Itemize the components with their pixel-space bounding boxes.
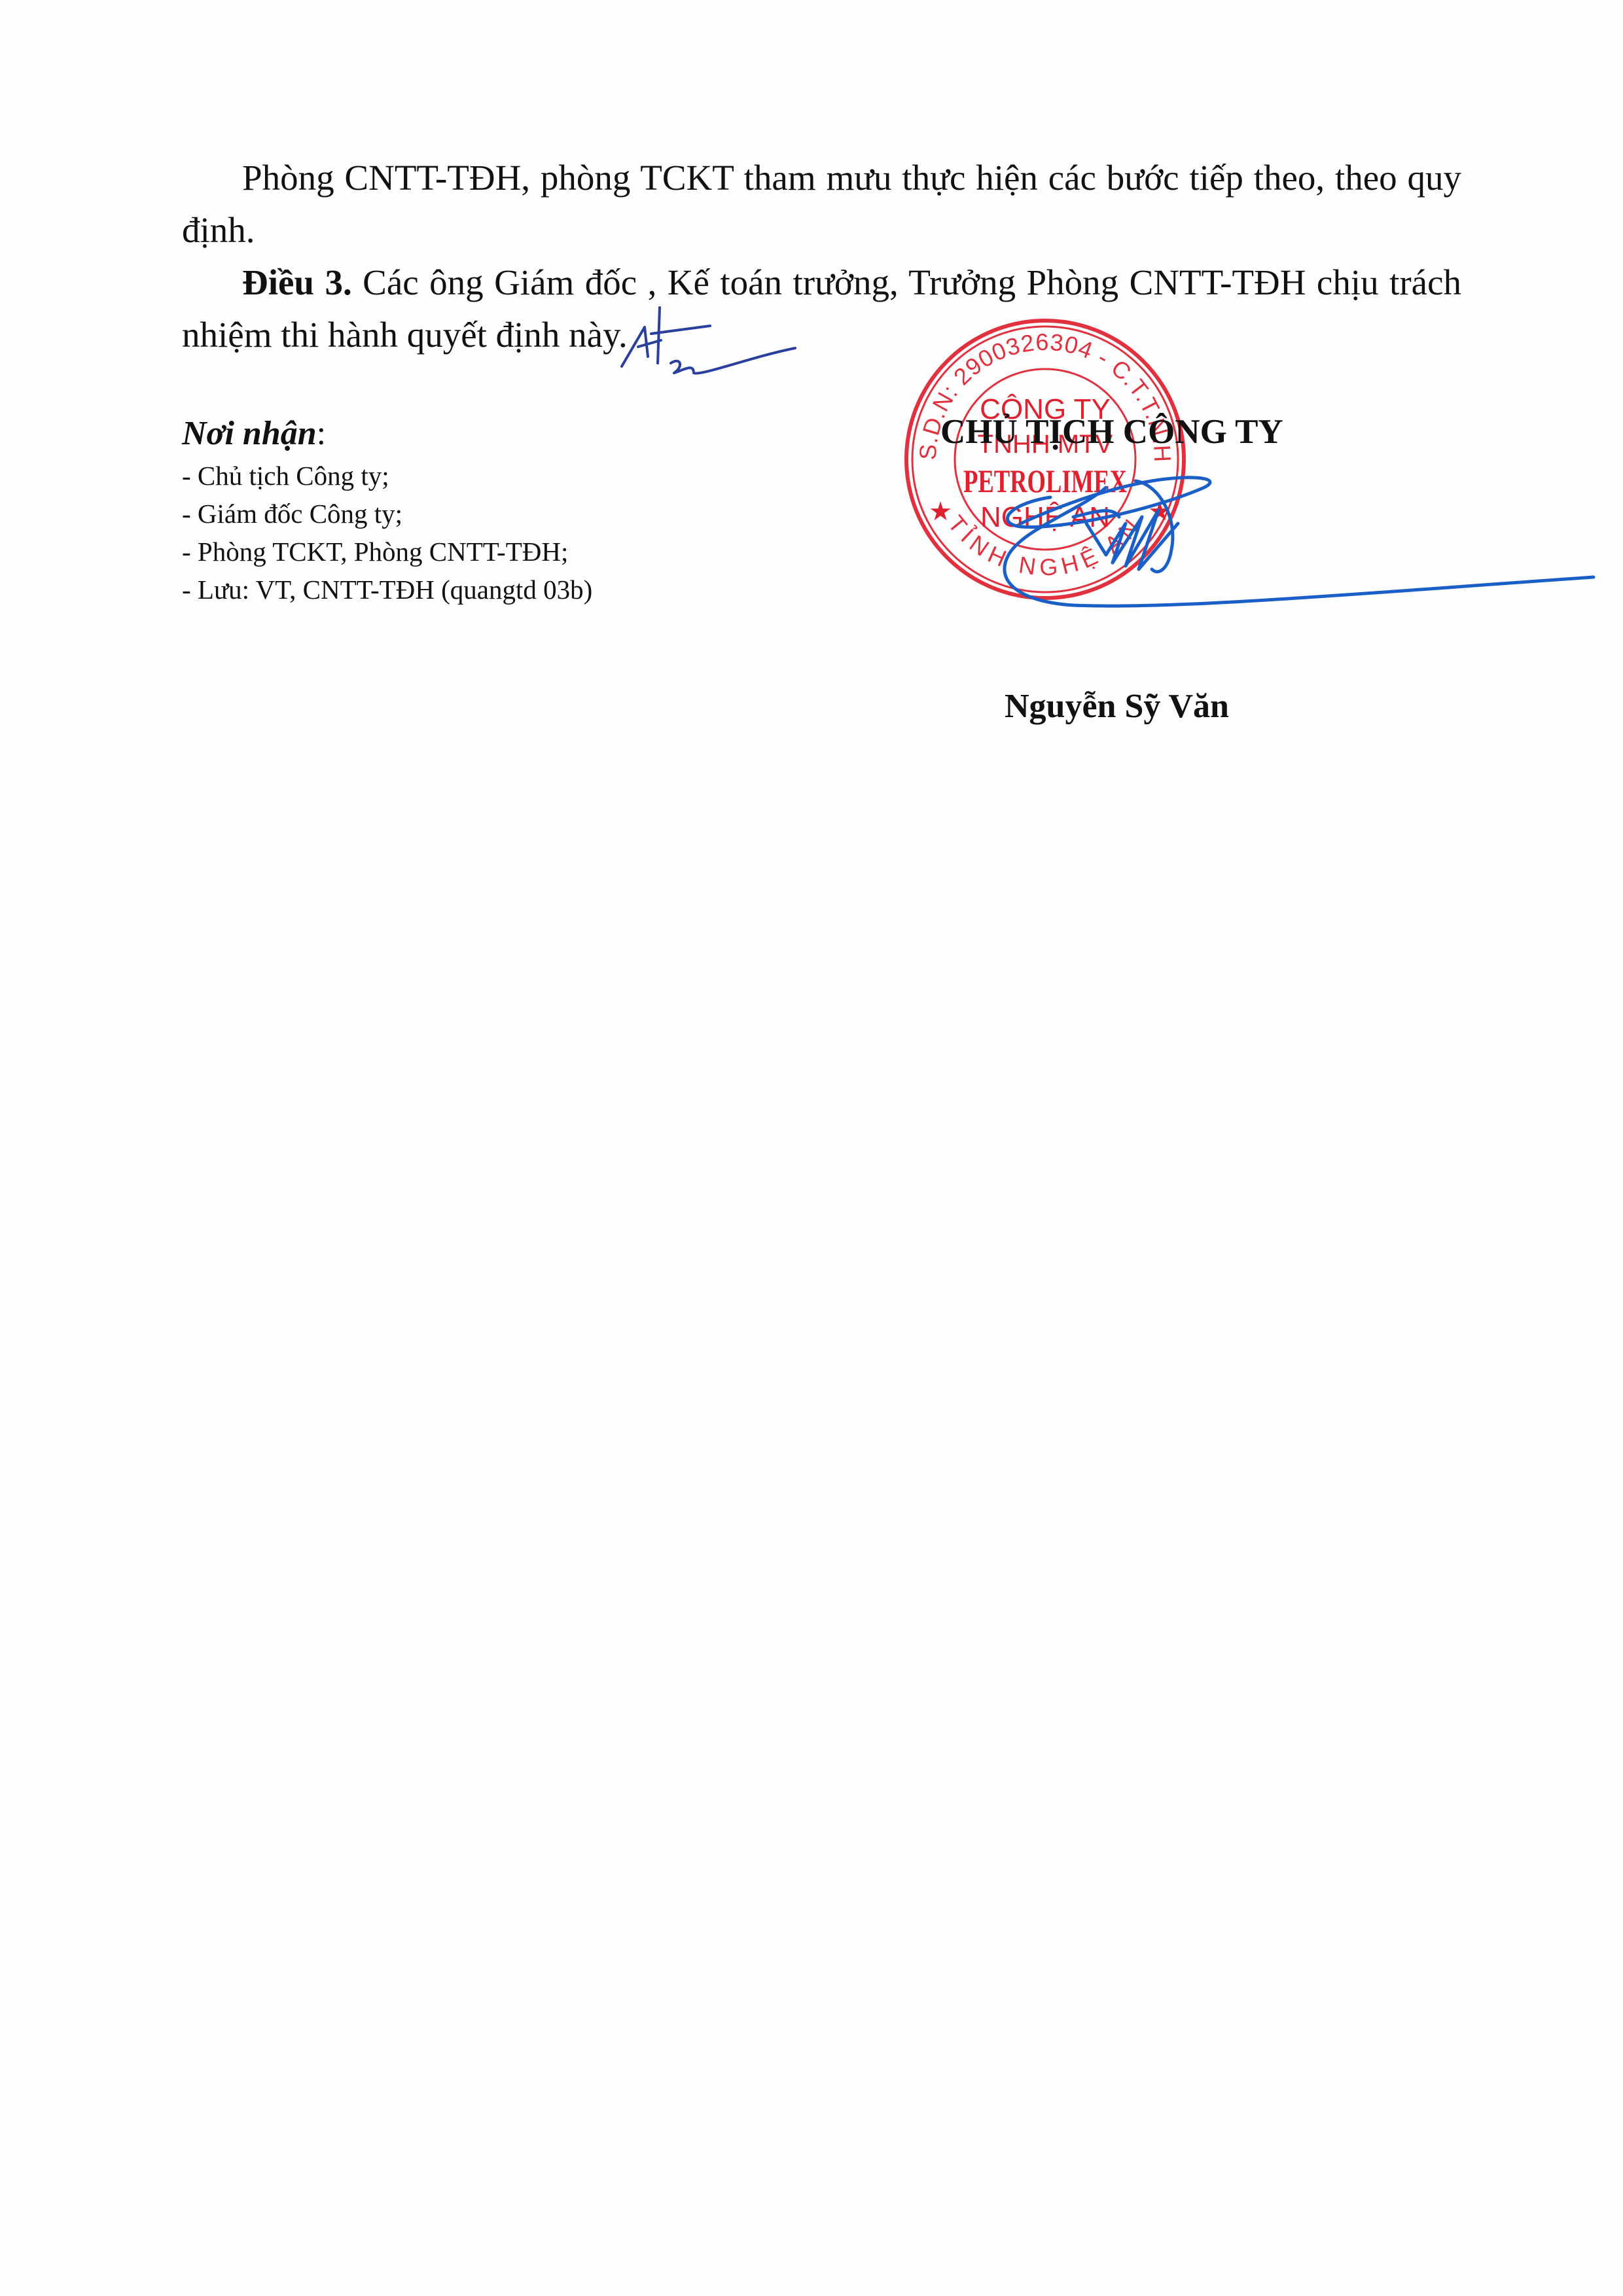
recipients-block: Nơi nhận: - Chủ tịch Công ty; - Giám đốc… [182, 411, 592, 609]
signer-name: Nguyễn Sỹ Văn [1005, 680, 1229, 733]
recipients-colon: : [317, 415, 326, 452]
star-icon: ★ [1148, 497, 1171, 527]
star-icon: ★ [929, 497, 952, 527]
document-page: Phòng CNTT-TĐH, phòng TCKT tham mưu thực… [0, 0, 1623, 2296]
paragraph-continuation: Phòng CNTT-TĐH, phòng TCKT tham mưu thực… [182, 152, 1461, 256]
article-3-text: Các ông Giám đốc , Kế toán trưởng, Trưởn… [182, 262, 1461, 355]
recipient-item: - Giám đốc Công ty; [182, 495, 592, 533]
article-3-paragraph: Điều 3. Các ông Giám đốc , Kế toán trưởn… [182, 256, 1461, 361]
recipient-item: - Lưu: VT, CNTT-TĐH (quangtd 03b) [182, 571, 592, 609]
stamp-line-4: NGHỆ AN [980, 501, 1110, 533]
stamp-line-3: PETROLIMEX [963, 463, 1127, 499]
recipients-title: Nơi nhận: [182, 411, 592, 457]
signer-title: CHỦ TỊCH CÔNG TY [940, 406, 1307, 458]
recipient-item: - Chủ tịch Công ty; [182, 457, 592, 495]
recipients-title-text: Nơi nhận [182, 415, 317, 452]
article-3-label: Điều 3. [242, 262, 352, 302]
stamp-outer-bottom-text: TỈNH NGHỆ AN [942, 510, 1147, 581]
recipient-item: - Phòng TCKT, Phòng CNTT-TĐH; [182, 533, 592, 571]
